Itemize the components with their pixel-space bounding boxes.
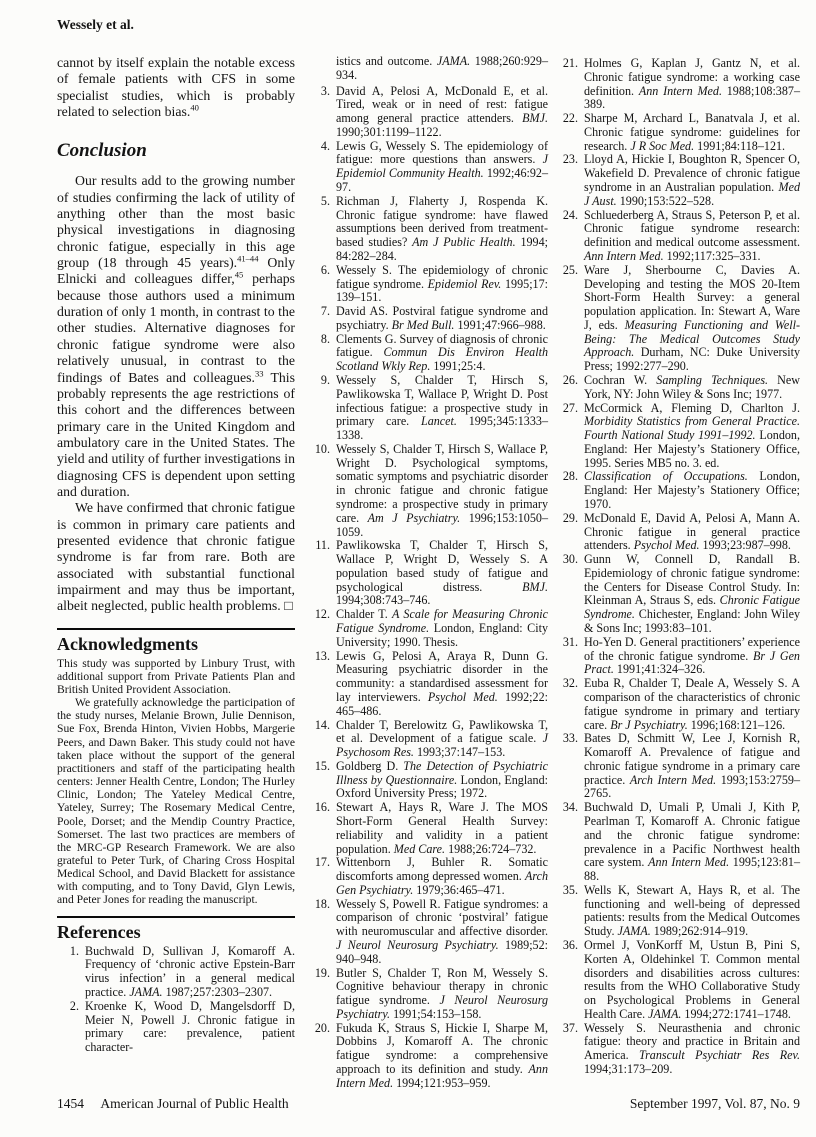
intro-continuation-paragraph: cannot by itself explain the notable exc…: [57, 55, 295, 120]
reference-text: Euba R, Chalder T, Deale A, Wessely S. A…: [584, 677, 800, 732]
reference-number: 34.: [556, 801, 584, 884]
reference-item: 36.Ormel J, VonKorff M, Ustun B, Pini S,…: [556, 939, 800, 1022]
reference-number: 33.: [556, 732, 584, 801]
reference-item: 4.Lewis G, Wessely S. The epidemiology o…: [308, 140, 548, 195]
reference-number: 17.: [308, 856, 336, 897]
reference-text: Ormel J, VonKorff M, Ustun B, Pini S, Ko…: [584, 939, 800, 1022]
reference-text: Ho-Yen D. General practitioners’ experie…: [584, 636, 800, 677]
reference-text: Buchwald D, Umali P, Umali J, Kith P, Pe…: [584, 801, 800, 884]
column-middle: istics and outcome. JAMA. 1988;260:929–9…: [308, 55, 548, 1091]
reference-number: 20.: [308, 1022, 336, 1091]
reference-text: Wessely S. Neurasthenia and chronic fati…: [584, 1022, 800, 1077]
reference-item: 15.Goldberg D. The Detection of Psychiat…: [308, 760, 548, 801]
reference-item: 14.Chalder T, Berelowitz G, Pawlikowska …: [308, 719, 548, 760]
reference-text: Butler S, Chalder T, Ron M, Wessely S. C…: [336, 967, 548, 1022]
footer-issue-info: September 1997, Vol. 87, No. 9: [630, 1096, 800, 1112]
reference-item: 26.Cochran W. Sampling Techniques. New Y…: [556, 374, 800, 402]
reference-text: Wessely S. The epidemiology of chronic f…: [336, 264, 548, 305]
reference-item: 2.Kroenke K, Wood D, Mangelsdorff D, Mei…: [57, 1000, 295, 1055]
reference-item: 30.Gunn W, Connell D, Randall B. Epidemi…: [556, 553, 800, 636]
reference-number: 21.: [556, 57, 584, 112]
reference-number: 6.: [308, 264, 336, 305]
reference-text: Classification of Occupations. London, E…: [584, 470, 800, 511]
reference-text: Sharpe M, Archard L, Banatvala J, et al.…: [584, 112, 800, 153]
reference-text: Lewis G, Wessely S. The epidemiology of …: [336, 140, 548, 195]
reference-number: 10.: [308, 443, 336, 539]
journal-page: Wessely et al. cannot by itself explain …: [0, 0, 816, 1137]
reference-number: 16.: [308, 801, 336, 856]
reference-item: 17.Wittenborn J, Buhler R. Somatic disco…: [308, 856, 548, 897]
reference-text: Kroenke K, Wood D, Mangelsdorff D, Meier…: [85, 1000, 295, 1055]
section-divider-rule: [57, 628, 295, 630]
reference-text: Wessely S, Powell R. Fatigue syndromes: …: [336, 898, 548, 967]
reference-item: 19.Butler S, Chalder T, Ron M, Wessely S…: [308, 967, 548, 1022]
reference-text: Ware J, Sherbourne C, Davies A. Developi…: [584, 264, 800, 374]
reference-item: 20.Fukuda K, Straus S, Hickie I, Sharpe …: [308, 1022, 548, 1091]
reference-number: 36.: [556, 939, 584, 1022]
reference-text: Wessely S, Chalder T, Hirsch S, Pawlikow…: [336, 374, 548, 443]
reference-number: 4.: [308, 140, 336, 195]
reference-text: McDonald E, David A, Pelosi A, Mann A. C…: [584, 512, 800, 553]
column-layout: cannot by itself explain the notable exc…: [57, 55, 800, 1091]
reference-text: Schluederberg A, Straus S, Peterson P, e…: [584, 209, 800, 264]
reference-item: 27.McCormick A, Fleming D, Charlton J. M…: [556, 402, 800, 471]
reference-number: 1.: [57, 945, 85, 1000]
reference-item: 16.Stewart A, Hays R, Ware J. The MOS Sh…: [308, 801, 548, 856]
reference-text: Holmes G, Kaplan J, Gantz N, et al. Chro…: [584, 57, 800, 112]
reference-text: Lloyd A, Hickie I, Boughton R, Spencer O…: [584, 153, 800, 208]
reference-item: 32.Euba R, Chalder T, Deale A, Wessely S…: [556, 677, 800, 732]
reference-number: 31.: [556, 636, 584, 677]
reference-number: 2.: [57, 1000, 85, 1055]
reference-item: 7.David AS. Postviral fatigue syndrome a…: [308, 305, 548, 333]
reference-item: 33.Bates D, Schmitt W, Lee J, Kornish R,…: [556, 732, 800, 801]
reference-number: 24.: [556, 209, 584, 264]
reference-text: David AS. Postviral fatigue syndrome and…: [336, 305, 548, 333]
reference-text: Fukuda K, Straus S, Hickie I, Sharpe M, …: [336, 1022, 548, 1091]
reference-text: Cochran W. Sampling Techniques. New York…: [584, 374, 800, 402]
reference-number: 29.: [556, 512, 584, 553]
reference-item: 37.Wessely S. Neurasthenia and chronic f…: [556, 1022, 800, 1077]
reference-number: 13.: [308, 650, 336, 719]
reference-item: 8.Clements G. Survey of diagnosis of chr…: [308, 333, 548, 374]
reference-text: Chalder T. A Scale for Measuring Chronic…: [336, 608, 548, 649]
reference-text: Bates D, Schmitt W, Lee J, Kornish R, Ko…: [584, 732, 800, 801]
reference-number: 35.: [556, 884, 584, 939]
reference-item: 23.Lloyd A, Hickie I, Boughton R, Spence…: [556, 153, 800, 208]
reference-number: 14.: [308, 719, 336, 760]
reference-item: 25.Ware J, Sherbourne C, Davies A. Devel…: [556, 264, 800, 374]
reference-list-left: 1.Buchwald D, Sullivan J, Komaroff A. Fr…: [57, 945, 295, 1055]
reference-item: 12.Chalder T. A Scale for Measuring Chro…: [308, 608, 548, 649]
conclusion-paragraph-1: Our results add to the growing number of…: [57, 173, 295, 500]
conclusion-heading: Conclusion: [57, 140, 295, 162]
reference-text: Goldberg D. The Detection of Psychiatric…: [336, 760, 548, 801]
reference-text: Buchwald D, Sullivan J, Komaroff A. Freq…: [85, 945, 295, 1000]
reference-item: 5.Richman J, Flaherty J, Rospenda K. Chr…: [308, 195, 548, 264]
reference-list-middle: 3.David A, Pelosi A, McDonald E, et al. …: [308, 85, 548, 1091]
reference-number: 23.: [556, 153, 584, 208]
reference-text: McCormick A, Fleming D, Charlton J. Morb…: [584, 402, 800, 471]
reference-number: 30.: [556, 553, 584, 636]
reference-text: David A, Pelosi A, McDonald E, et al. Ti…: [336, 85, 548, 140]
reference-number: 27.: [556, 402, 584, 471]
reference-text: Wittenborn J, Buhler R. Somatic discomfo…: [336, 856, 548, 897]
column-left: cannot by itself explain the notable exc…: [57, 55, 295, 1055]
acknowledgments-paragraph-1: This study was supported by Linbury Trus…: [57, 657, 295, 696]
reference-text: Wells K, Stewart A, Hays R, et al. The f…: [584, 884, 800, 939]
conclusion-paragraph-2: We have confirmed that chronic fatigue i…: [57, 500, 295, 614]
reference-text: Richman J, Flaherty J, Rospenda K. Chron…: [336, 195, 548, 264]
acknowledgments-heading: Acknowledgments: [57, 634, 295, 655]
reference-item: 21.Holmes G, Kaplan J, Gantz N, et al. C…: [556, 57, 800, 112]
acknowledgments-paragraph-2: We gratefully acknowledge the participat…: [57, 696, 295, 907]
reference-number: 19.: [308, 967, 336, 1022]
reference-continuation: istics and outcome. JAMA. 1988;260:929–9…: [308, 55, 548, 83]
reference-item: 3.David A, Pelosi A, McDonald E, et al. …: [308, 85, 548, 140]
reference-number: 22.: [556, 112, 584, 153]
reference-item: 28.Classification of Occupations. London…: [556, 470, 800, 511]
reference-number: 15.: [308, 760, 336, 801]
reference-text: Lewis G, Pelosi A, Araya R, Dunn G. Meas…: [336, 650, 548, 719]
footer-page-number: 1454: [57, 1096, 84, 1112]
running-head: Wessely et al.: [57, 17, 134, 33]
reference-number: 26.: [556, 374, 584, 402]
column-right: 21.Holmes G, Kaplan J, Gantz N, et al. C…: [556, 55, 800, 1077]
reference-item: 34.Buchwald D, Umali P, Umali J, Kith P,…: [556, 801, 800, 884]
reference-item: 1.Buchwald D, Sullivan J, Komaroff A. Fr…: [57, 945, 295, 1000]
reference-text: Gunn W, Connell D, Randall B. Epidemiolo…: [584, 553, 800, 636]
page-footer: 1454 American Journal of Public Health S…: [57, 1096, 800, 1112]
footer-left: 1454 American Journal of Public Health: [57, 1096, 289, 1112]
reference-item: 31.Ho-Yen D. General practitioners’ expe…: [556, 636, 800, 677]
reference-list-right: 21.Holmes G, Kaplan J, Gantz N, et al. C…: [556, 57, 800, 1077]
reference-text: Pawlikowska T, Chalder T, Hirsch S, Wall…: [336, 539, 548, 608]
reference-number: 37.: [556, 1022, 584, 1077]
reference-number: 18.: [308, 898, 336, 967]
reference-item: 35.Wells K, Stewart A, Hays R, et al. Th…: [556, 884, 800, 939]
reference-number: 5.: [308, 195, 336, 264]
reference-item: 18.Wessely S, Powell R. Fatigue syndrome…: [308, 898, 548, 967]
reference-text: Wessely S, Chalder T, Hirsch S, Wallace …: [336, 443, 548, 539]
reference-number: 28.: [556, 470, 584, 511]
reference-number: 12.: [308, 608, 336, 649]
reference-number: 25.: [556, 264, 584, 374]
reference-item: 6.Wessely S. The epidemiology of chronic…: [308, 264, 548, 305]
reference-number: 9.: [308, 374, 336, 443]
reference-number: 32.: [556, 677, 584, 732]
reference-number: 7.: [308, 305, 336, 333]
reference-text: Chalder T, Berelowitz G, Pawlikowska T, …: [336, 719, 548, 760]
reference-number: 3.: [308, 85, 336, 140]
reference-text: Clements G. Survey of diagnosis of chron…: [336, 333, 548, 374]
reference-item: 9.Wessely S, Chalder T, Hirsch S, Pawlik…: [308, 374, 548, 443]
footer-journal-name: American Journal of Public Health: [100, 1096, 288, 1112]
reference-item: 10.Wessely S, Chalder T, Hirsch S, Walla…: [308, 443, 548, 539]
reference-item: 13.Lewis G, Pelosi A, Araya R, Dunn G. M…: [308, 650, 548, 719]
reference-text: Stewart A, Hays R, Ware J. The MOS Short…: [336, 801, 548, 856]
section-divider-rule: [57, 916, 295, 918]
reference-item: 11.Pawlikowska T, Chalder T, Hirsch S, W…: [308, 539, 548, 608]
reference-item: 24.Schluederberg A, Straus S, Peterson P…: [556, 209, 800, 264]
references-heading: References: [57, 922, 295, 943]
reference-number: 8.: [308, 333, 336, 374]
reference-item: 29.McDonald E, David A, Pelosi A, Mann A…: [556, 512, 800, 553]
reference-number: 11.: [308, 539, 336, 608]
reference-item: 22.Sharpe M, Archard L, Banatvala J, et …: [556, 112, 800, 153]
